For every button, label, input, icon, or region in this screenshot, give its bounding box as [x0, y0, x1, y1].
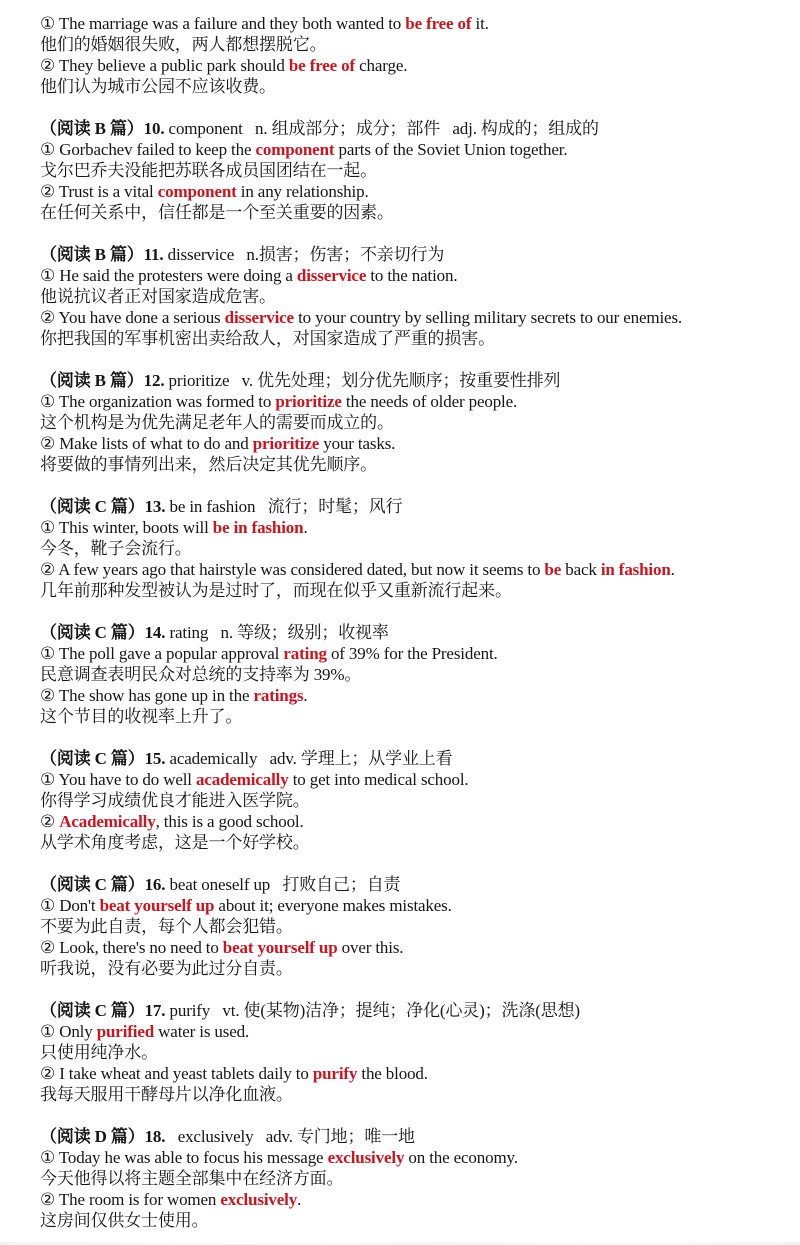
example-sentence-en: ② You have done a serious disservice to … [40, 307, 792, 328]
translation-zh: 你把我国的军事机密出卖给敌人，对国家造成了严重的损害。 [40, 328, 792, 349]
text-segment: exclusively adv. 专门地；唯一地 [165, 1127, 415, 1146]
text-segment: 他说抗议者正对国家造成危害。 [40, 287, 276, 306]
text-segment: the blood. [357, 1064, 428, 1083]
vocab-entry: （阅读 C 篇）17. purify vt. 使(某物)洁净；提纯；净化(心灵)… [40, 1000, 792, 1105]
vocab-entry: （阅读 C 篇）14. rating n. 等级；级别；收视率① The pol… [40, 622, 792, 727]
text-segment: parts of the Soviet Union together. [334, 140, 567, 159]
translation-zh: 只使用纯净水。 [40, 1042, 792, 1063]
highlighted-word: disservice [225, 308, 294, 327]
text-segment: , this is a good school. [156, 812, 304, 831]
entry-header: （阅读 C 篇）16. beat oneself up 打败自己；自责 [40, 874, 792, 895]
text-segment: beat oneself up 打败自己；自责 [165, 875, 400, 894]
entry-header: （阅读 C 篇）14. rating n. 等级；级别；收视率 [40, 622, 792, 643]
text-segment: ① Only [40, 1022, 97, 1041]
text-segment: 这个机构是为优先满足老年人的需要而成立的。 [40, 413, 394, 432]
text-segment: component n. 组成部分；成分；部件 adj. 构成的；组成的 [164, 119, 598, 138]
vocab-entry: （阅读 D 篇）18. exclusively adv. 专门地；唯一地① To… [40, 1126, 792, 1231]
example-sentence-en: ① Don't beat yourself up about it; every… [40, 895, 792, 916]
example-sentence-en: ② Trust is a vital component in any rela… [40, 181, 792, 202]
translation-zh: 将要做的事情列出来，然后决定其优先顺序。 [40, 454, 792, 475]
example-sentence-en: ① This winter, boots will be in fashion. [40, 517, 792, 538]
text-segment: your tasks. [319, 434, 395, 453]
highlighted-word: be in fashion [213, 518, 304, 537]
entry-tag: （阅读 C 篇）13. [40, 497, 165, 516]
entry-header: （阅读 C 篇）15. academically adv. 学理上；从学业上看 [40, 748, 792, 769]
entries: ① The marriage was a failure and they bo… [40, 13, 792, 1231]
text-segment: 今天他得以将主题全部集中在经济方面。 [40, 1169, 343, 1188]
highlighted-word: prioritize [253, 434, 319, 453]
entry-tag: （阅读 B 篇）10. [40, 119, 164, 138]
text-segment: 只使用纯净水。 [40, 1043, 158, 1062]
example-sentence-en: ② A few years ago that hairstyle was con… [40, 559, 792, 580]
example-sentence-en: ② They believe a public park should be f… [40, 55, 792, 76]
text-segment: ② [40, 812, 59, 831]
example-sentence-en: ② The show has gone up in the ratings. [40, 685, 792, 706]
text-segment: ① He said the protesters were doing a [40, 266, 297, 285]
entry-tag: （阅读 C 篇）15. [40, 749, 165, 768]
text-segment: rating n. 等级；级别；收视率 [165, 623, 388, 642]
highlighted-word: ratings [253, 686, 303, 705]
text-segment: on the economy. [404, 1148, 518, 1167]
example-sentence-en: ① You have to do well academically to ge… [40, 769, 792, 790]
text-segment: 在任何关系中，信任都是一个至关重要的因素。 [40, 203, 394, 222]
text-segment: ① You have to do well [40, 770, 196, 789]
example-sentence-en: ② The room is for women exclusively. [40, 1189, 792, 1210]
text-segment: ① Gorbachev failed to keep the [40, 140, 255, 159]
entry-tag: （阅读 B 篇）12. [40, 371, 164, 390]
text-segment: 我每天服用干酵母片以净化血液。 [40, 1085, 293, 1104]
example-sentence-en: ② I take wheat and yeast tablets daily t… [40, 1063, 792, 1084]
translation-zh: 从学术角度考虑，这是一个好学校。 [40, 832, 792, 853]
text-segment: ② The room is for women [40, 1190, 220, 1209]
translation-zh: 戈尔巴乔夫没能把苏联各成员国团结在一起。 [40, 160, 792, 181]
entry-header: （阅读 C 篇）17. purify vt. 使(某物)洁净；提纯；净化(心灵)… [40, 1000, 792, 1021]
text-segment: the needs of older people. [342, 392, 517, 411]
text-segment: 你得学习成绩优良才能进入医学院。 [40, 791, 310, 810]
entry-tag: （阅读 C 篇）14. [40, 623, 165, 642]
text-segment: ② The show has gone up in the [40, 686, 253, 705]
text-segment: ① The poll gave a popular approval [40, 644, 283, 663]
text-segment: ① The marriage was a failure and they bo… [40, 14, 405, 33]
highlighted-word: be free of [405, 14, 471, 33]
text-segment: 戈尔巴乔夫没能把苏联各成员国团结在一起。 [40, 161, 377, 180]
translation-zh: 他们认为城市公园不应该收费。 [40, 76, 792, 97]
translation-zh: 这个机构是为优先满足老年人的需要而成立的。 [40, 412, 792, 433]
text-segment: over this. [338, 938, 404, 957]
text-segment: back [561, 560, 601, 579]
highlighted-word: in fashion [601, 560, 671, 579]
text-segment: ① The organization was formed to [40, 392, 275, 411]
text-segment: ② Look, there's no need to [40, 938, 223, 957]
vocab-entry: （阅读 C 篇）16. beat oneself up 打败自己；自责① Don… [40, 874, 792, 979]
text-segment: 今冬，靴子会流行。 [40, 539, 192, 558]
text-segment: ② I take wheat and yeast tablets daily t… [40, 1064, 313, 1083]
highlighted-word: beat yourself up [100, 896, 215, 915]
highlighted-word: be [544, 560, 561, 579]
example-sentence-en: ① He said the protesters were doing a di… [40, 265, 792, 286]
highlighted-word: component [255, 140, 334, 159]
highlighted-word: prioritize [275, 392, 341, 411]
text-segment: 听我说，没有必要为此过分自责。 [40, 959, 293, 978]
text-segment: purify vt. 使(某物)洁净；提纯；净化(心灵)；洗涤(思想) [165, 1001, 580, 1020]
translation-zh: 几年前那种发型被认为是过时了，而现在似乎又重新流行起来。 [40, 580, 792, 601]
translation-zh: 不要为此自责，每个人都会犯错。 [40, 916, 792, 937]
example-sentence-en: ② Make lists of what to do and prioritiz… [40, 433, 792, 454]
text-segment: academically adv. 学理上；从学业上看 [165, 749, 452, 768]
text-segment: to get into medical school. [289, 770, 469, 789]
translation-zh: 在任何关系中，信任都是一个至关重要的因素。 [40, 202, 792, 223]
entry-header: （阅读 B 篇）10. component n. 组成部分；成分；部件 adj.… [40, 118, 792, 139]
text-segment: disservice n.损害；伤害；不亲切行为 [164, 245, 445, 264]
text-segment: 从学术角度考虑，这是一个好学校。 [40, 833, 310, 852]
vocab-entry: ① The marriage was a failure and they bo… [40, 13, 792, 97]
text-segment: ② Make lists of what to do and [40, 434, 253, 453]
entry-header: （阅读 B 篇）12. prioritize v. 优先处理；划分优先顺序；按重… [40, 370, 792, 391]
entry-header: （阅读 D 篇）18. exclusively adv. 专门地；唯一地 [40, 1126, 792, 1147]
example-sentence-en: ① The marriage was a failure and they bo… [40, 13, 792, 34]
example-sentence-en: ① The organization was formed to priorit… [40, 391, 792, 412]
example-sentence-en: ② Academically, this is a good school. [40, 811, 792, 832]
text-segment: it. [471, 14, 488, 33]
translation-zh: 民意调查表明民众对总统的支持率为 39%。 [40, 664, 792, 685]
text-segment: ① Don't [40, 896, 100, 915]
vocab-entry: （阅读 B 篇）12. prioritize v. 优先处理；划分优先顺序；按重… [40, 370, 792, 475]
vocab-entry: （阅读 C 篇）13. be in fashion 流行；时髦；风行① This… [40, 496, 792, 601]
text-segment: ② You have done a serious [40, 308, 225, 327]
vocab-entry: （阅读 B 篇）11. disservice n.损害；伤害；不亲切行为① He… [40, 244, 792, 349]
translation-zh: 你得学习成绩优良才能进入医学院。 [40, 790, 792, 811]
text-segment: to your country by selling military secr… [294, 308, 682, 327]
translation-zh: 听我说，没有必要为此过分自责。 [40, 958, 792, 979]
text-segment: 他们的婚姻很失败，两人都想摆脱它。 [40, 35, 326, 54]
text-segment: 他们认为城市公园不应该收费。 [40, 77, 276, 96]
text-segment: 几年前那种发型被认为是过时了，而现在似乎又重新流行起来。 [40, 581, 512, 600]
example-sentence-en: ② Look, there's no need to beat yourself… [40, 937, 792, 958]
text-segment: . [671, 560, 675, 579]
vocabulary-document: ① The marriage was a failure and they bo… [0, 0, 800, 1245]
text-segment: ② A few years ago that hairstyle was con… [40, 560, 544, 579]
highlighted-word: be free of [289, 56, 355, 75]
text-segment: . [303, 518, 307, 537]
entry-header: （阅读 B 篇）11. disservice n.损害；伤害；不亲切行为 [40, 244, 792, 265]
example-sentence-en: ① Only purified water is used. [40, 1021, 792, 1042]
highlighted-word: disservice [297, 266, 366, 285]
highlighted-word: exclusively [220, 1190, 297, 1209]
entry-tag: （阅读 D 篇）18. [40, 1127, 165, 1146]
highlighted-word: rating [283, 644, 326, 663]
text-segment: 将要做的事情列出来，然后决定其优先顺序。 [40, 455, 377, 474]
text-segment: ① This winter, boots will [40, 518, 213, 537]
example-sentence-en: ① Gorbachev failed to keep the component… [40, 139, 792, 160]
text-segment: water is used. [154, 1022, 249, 1041]
entry-header: （阅读 C 篇）13. be in fashion 流行；时髦；风行 [40, 496, 792, 517]
text-segment: of 39% for the President. [327, 644, 498, 663]
text-segment: prioritize v. 优先处理；划分优先顺序；按重要性排列 [164, 371, 560, 390]
highlighted-word: Academically [59, 812, 155, 831]
highlighted-word: beat yourself up [223, 938, 338, 957]
text-segment: in any relationship. [237, 182, 369, 201]
highlighted-word: exclusively [328, 1148, 405, 1167]
example-sentence-en: ① The poll gave a popular approval ratin… [40, 643, 792, 664]
text-segment: 不要为此自责，每个人都会犯错。 [40, 917, 293, 936]
translation-zh: 今天他得以将主题全部集中在经济方面。 [40, 1168, 792, 1189]
text-segment: 这房间仅供女士使用。 [40, 1211, 209, 1230]
entry-tag: （阅读 C 篇）16. [40, 875, 165, 894]
entry-tag: （阅读 C 篇）17. [40, 1001, 165, 1020]
translation-zh: 这房间仅供女士使用。 [40, 1210, 792, 1231]
translation-zh: 他们的婚姻很失败，两人都想摆脱它。 [40, 34, 792, 55]
highlighted-word: component [158, 182, 237, 201]
example-sentence-en: ① Today he was able to focus his message… [40, 1147, 792, 1168]
text-segment: about it; everyone makes mistakes. [214, 896, 451, 915]
text-segment: ① Today he was able to focus his message [40, 1148, 328, 1167]
text-segment: to the nation. [366, 266, 457, 285]
translation-zh: 这个节目的收视率上升了。 [40, 706, 792, 727]
text-segment: 民意调查表明民众对总统的支持率为 39%。 [40, 665, 361, 684]
text-segment: 这个节目的收视率上升了。 [40, 707, 242, 726]
text-segment: . [297, 1190, 301, 1209]
translation-zh: 我每天服用干酵母片以净化血液。 [40, 1084, 792, 1105]
text-segment: be in fashion 流行；时髦；风行 [165, 497, 402, 516]
highlighted-word: purified [97, 1022, 154, 1041]
entry-tag: （阅读 B 篇）11. [40, 245, 164, 264]
highlighted-word: purify [313, 1064, 357, 1083]
translation-zh: 他说抗议者正对国家造成危害。 [40, 286, 792, 307]
text-segment: ② They believe a public park should [40, 56, 289, 75]
text-segment: 你把我国的军事机密出卖给敌人，对国家造成了严重的损害。 [40, 329, 495, 348]
vocab-entry: （阅读 C 篇）15. academically adv. 学理上；从学业上看①… [40, 748, 792, 853]
highlighted-word: academically [196, 770, 289, 789]
translation-zh: 今冬，靴子会流行。 [40, 538, 792, 559]
text-segment: charge. [355, 56, 407, 75]
vocab-entry: （阅读 B 篇）10. component n. 组成部分；成分；部件 adj.… [40, 118, 792, 223]
text-segment: . [303, 686, 307, 705]
text-segment: ② Trust is a vital [40, 182, 158, 201]
